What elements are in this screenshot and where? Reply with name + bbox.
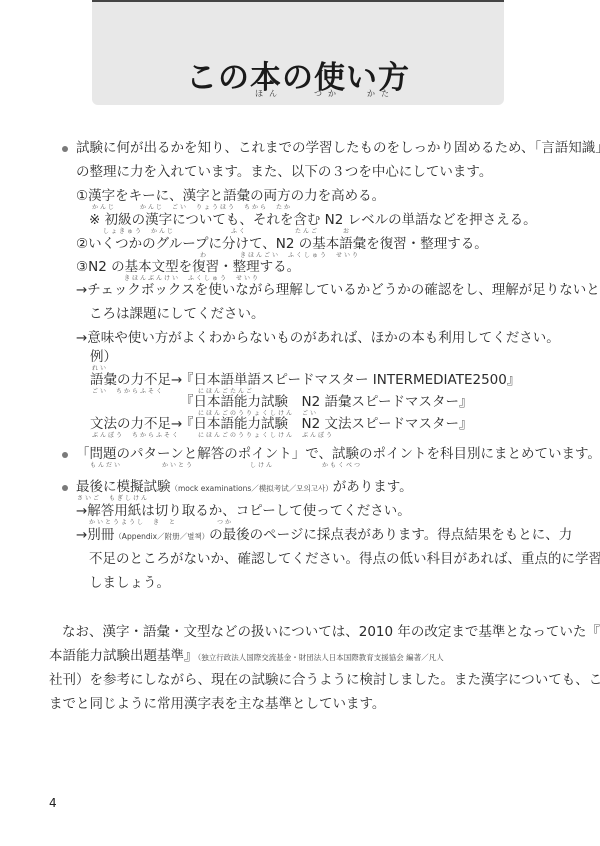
example-row3-left-ruby: ぶんぽう ちからふそく xyxy=(92,432,180,439)
bullet-icon xyxy=(62,146,68,152)
bullet3-sub1: →解答用紙は切り取るか、コピーして使ってください。 xyxy=(76,503,411,519)
example-row1-right: 『日本語単語スピードマスター INTERMEDIATE2500』 xyxy=(180,372,520,388)
bullet3-sub1-ruby: かいとうようし き と つか xyxy=(89,519,233,526)
item-3: ③N2 の基本文型を復習・整理する。 xyxy=(76,259,300,275)
example-label: 例） xyxy=(90,349,117,365)
bullet2-text: 「問題のパターンと解答のポイント」で、試験のポイントを科目別にまとめています。 xyxy=(76,446,600,462)
item-1: ①漢字をキーに、漢字と語彙の両方の力を高める。 xyxy=(76,188,385,204)
bullet3-sub2-line3: しましょう。 xyxy=(89,575,170,591)
arrow2-line1: →意味や使い方がよくわからないものがあれば、ほかの本も利用してください。 xyxy=(76,330,560,346)
note-line1: なお、漢字・語彙・文型などの扱いについては、2010 年の改定まで基準となってい… xyxy=(62,624,600,640)
bullet3-text-pre: 最後に模擬試験 xyxy=(76,479,171,495)
title-banner: この本の使い方 ほん つか かた xyxy=(92,0,504,105)
example-row3-left: 文法の力不足→ xyxy=(90,416,182,432)
item-note-ruby: しょきゅう かんじ ふく たんご お xyxy=(103,228,351,235)
item-3-ruby: きほんぶんけい ふくしゅう せいり xyxy=(124,275,260,282)
bullet3-sub2-small: （Appendix／附册／별책） xyxy=(114,532,209,541)
page-title: この本の使い方 xyxy=(92,52,504,97)
note-line2-main: 本語能力試験出題基準』 xyxy=(49,648,198,664)
example-row1-left-ruby: ごい ちからふそく xyxy=(92,388,164,395)
example-label-ruby: れい xyxy=(92,365,108,372)
bullet2-ruby: もんだい かいとう しけん かもくべつ xyxy=(90,462,362,469)
arrow1-line2: ころは課題にしてください。 xyxy=(89,306,265,322)
title-ruby-hon: ほん xyxy=(255,88,283,99)
bullet3-text-post: があります。 xyxy=(333,479,413,495)
bullet3-sub2-line2: 不足のところがないか、確認してください。得点の低い科目があれば、重点的に学習 xyxy=(89,551,600,567)
bullet-icon xyxy=(62,485,68,491)
note-line4: までと同じように常用漢字表を主な基準としています。 xyxy=(49,696,385,712)
example-row1-left: 語彙の力不足→ xyxy=(90,372,182,388)
item-note: ※ 初級の漢字についても、それを含む N2 レベルの単語などを押さえる。 xyxy=(89,212,537,228)
item-2-ruby: わ きほんごい ふくしゅう せいり xyxy=(200,252,360,259)
bullet1-line2: の整理に力を入れています。また、以下の３つを中心にしています。 xyxy=(76,164,492,180)
example-row3-right: 『日本語能力試験 N2 文法スピードマスター』 xyxy=(180,416,472,432)
bullet3-ruby: さいご もぎしけん xyxy=(77,495,149,502)
bullet3-sub2-post: の最後のページに採点表があります。得点結果をもとに、力 xyxy=(209,527,572,543)
page-number: 4 xyxy=(49,796,57,810)
note-line2: 本語能力試験出題基準』（独立行政法人国際交流基金・財団法人日本国際教育支援協会 … xyxy=(49,648,444,666)
bullet1-line1: 試験に何が出るかを知り、これまでの学習したものをしっかり固めるため、「言語知識」 xyxy=(76,140,600,156)
bullet-icon xyxy=(62,452,68,458)
item-1-ruby: かんじ かんじ ごい りょうほう ちから たか xyxy=(92,204,292,211)
bullet3-text-small: （mock examinations／模拟考试／모의고사） xyxy=(171,484,333,493)
example-row3-right-ruby: にほんごのうりょくしけん ぶんぽう xyxy=(198,432,334,439)
bullet3-sub2-pre: →別冊 xyxy=(76,527,114,543)
title-ruby-kata: かた xyxy=(367,88,395,99)
item-2: ②いくつかのグループに分けて、N2 の基本語彙を復習・整理する。 xyxy=(76,236,488,252)
note-line2-small: （独立行政法人国際交流基金・財団法人日本国際教育支援協会 編著／凡人 xyxy=(198,653,444,662)
note-line3: 社刊）を参考にしながら、現在の試験に合うように検討しました。また漢字についても、… xyxy=(49,672,600,688)
title-ruby-tsuka: つか xyxy=(314,88,342,99)
bullet3-sub2-line1: →別冊（Appendix／附册／별책）の最後のページに採点表があります。得点結果… xyxy=(76,527,572,545)
arrow1-line1: →チェックボックスを使いながら理解しているかどうかの確認をし、理解が足りないと xyxy=(76,282,600,298)
example-row2-right: 『日本語能力試験 N2 語彙スピードマスター』 xyxy=(180,394,472,410)
